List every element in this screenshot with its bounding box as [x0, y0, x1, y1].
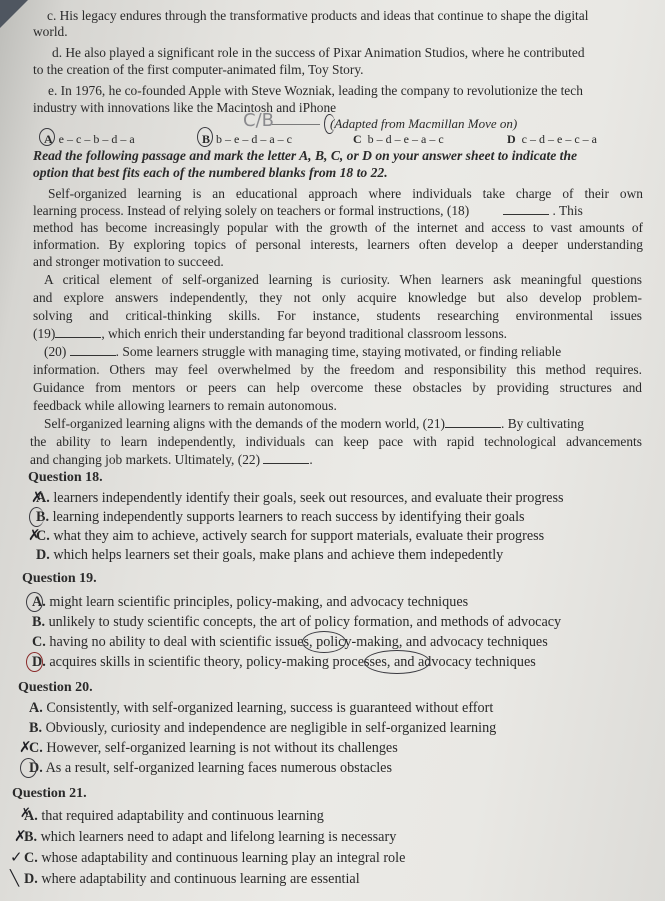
- q19-option-a-text: might learn scientific principles, polic…: [49, 594, 468, 610]
- q20-option-a-text: Consistently, with self-organized learni…: [46, 700, 493, 716]
- order-option-d-letter: D: [507, 132, 516, 146]
- check-mark-q21-c: ✓: [10, 848, 23, 866]
- blank-21[interactable]: [445, 417, 501, 428]
- q21-option-d-text: where adaptability and continuous learni…: [41, 871, 359, 887]
- passage-p3-line-3: Guidance from mentors or peers can help …: [33, 380, 642, 396]
- pencil-circle-mark: [324, 114, 335, 134]
- question-18-title: Question 18.: [28, 470, 103, 486]
- q19-option-d[interactable]: D. acquires skills in scientific theory,…: [32, 654, 536, 670]
- q21-option-b[interactable]: B. which learners need to adapt and life…: [24, 829, 396, 845]
- q20-option-c-text: However, self-organized learning is not …: [46, 740, 397, 756]
- question-20-title: Question 20.: [18, 680, 93, 696]
- passage-p1-line-5: and stronger motivation to succeed.: [33, 254, 224, 270]
- q20-option-b-letter: B.: [29, 720, 42, 736]
- exam-page: c. His legacy endures through the transf…: [0, 0, 665, 901]
- q18-option-d-letter: D.: [36, 547, 50, 563]
- passage-p4-end: .: [309, 452, 312, 467]
- order-option-d[interactable]: Dc – d – e – c – a: [507, 131, 597, 147]
- passage-p1-line-2: learning process. Instead of relying sol…: [33, 203, 643, 219]
- circle-mark-q20-d: [20, 758, 37, 778]
- passage-p4-line-2: the ability to learn independently, indi…: [30, 434, 642, 450]
- q21-option-a-text: that required adaptability and continuou…: [41, 808, 323, 824]
- q20-option-d[interactable]: D. As a result, self-organized learning …: [29, 760, 392, 776]
- q19-option-d-text: acquires skills in scientific theory, po…: [49, 654, 535, 670]
- question-21-title: Question 21.: [12, 786, 87, 802]
- order-option-a[interactable]: Ae – c – b – d – a: [44, 131, 135, 147]
- circle-mark-processes: [364, 650, 430, 674]
- blank-18[interactable]: [503, 204, 549, 215]
- q21-option-c-text: whose adaptability and continuous learni…: [41, 850, 405, 866]
- q20-option-c[interactable]: C. However, self-organized learning is n…: [29, 740, 398, 756]
- order-option-a-text: e – c – b – d – a: [59, 132, 135, 146]
- order-option-b[interactable]: Bb – e – d – a – c: [202, 131, 292, 147]
- passage-p1-line-3: method has become increasingly popular w…: [33, 220, 643, 236]
- q21-option-c-letter: C.: [24, 850, 38, 866]
- q18-option-d-text: which helps learners set their goals, ma…: [53, 547, 503, 563]
- cross-mark-q18-a: ✗: [31, 488, 44, 506]
- passage-p3-text: . Some learners struggle with managing t…: [116, 344, 562, 359]
- passage-p3-line-1: (20) . Some learners struggle with manag…: [44, 344, 642, 360]
- passage-p1-text-after: . This: [553, 203, 583, 218]
- q20-option-b[interactable]: B. Obviously, curiosity and independence…: [29, 720, 496, 736]
- q21-option-d-letter: D.: [24, 871, 38, 887]
- q20-option-a-letter: A.: [29, 700, 43, 716]
- instructions-line-2: option that best fits each of the number…: [33, 165, 388, 181]
- sentence-e-cont: industry with innovations like the Macin…: [33, 100, 336, 116]
- circle-mark-issues: [302, 631, 346, 653]
- blank-19[interactable]: [55, 327, 101, 338]
- blank-20-label: (20): [44, 344, 66, 359]
- q19-option-b-letter: B.: [32, 614, 45, 630]
- cross-mark-q18-c: ✗: [28, 526, 41, 544]
- q18-option-d[interactable]: D. which helps learners set their goals,…: [36, 547, 503, 563]
- check-mark-q21-d: ╲: [10, 869, 19, 887]
- blank-22[interactable]: [263, 453, 309, 464]
- order-option-c[interactable]: Cb – d – e – a – c: [353, 131, 444, 147]
- passage-p2-line-4: (19), which enrich their understanding f…: [33, 326, 507, 342]
- q19-option-c-letter: C.: [32, 634, 46, 650]
- order-option-c-letter: C: [353, 132, 362, 146]
- cross-mark-q20-c: ✗: [19, 738, 32, 756]
- q18-option-b-text: learning independently supports learners…: [53, 509, 525, 525]
- circle-mark-q18-b: [29, 507, 44, 527]
- circle-mark-a: [39, 128, 55, 146]
- passage-p2-line-2: and explore answers independently, they …: [33, 290, 642, 306]
- passage-p3-line-2: information. Others may feel overwhelmed…: [33, 362, 642, 378]
- order-option-b-text: b – e – d – a – c: [216, 132, 292, 146]
- instructions-line-1: Read the following passage and mark the …: [33, 148, 577, 164]
- q21-option-a[interactable]: A. that required adaptability and contin…: [24, 808, 324, 824]
- q21-option-d[interactable]: D. where adaptability and continuous lea…: [24, 871, 360, 887]
- pencil-note: C/B: [243, 110, 274, 131]
- q18-option-a-text: learners independently identify their go…: [53, 490, 563, 506]
- passage-p2-line-1: A critical element of self-organized lea…: [44, 272, 642, 288]
- q19-option-a[interactable]: A. might learn scientific principles, po…: [32, 594, 468, 610]
- blank-20[interactable]: [70, 345, 116, 356]
- sentence-d: d. He also played a significant role in …: [52, 45, 585, 61]
- order-option-d-text: c – d – e – c – a: [522, 132, 597, 146]
- circle-mark-q19-a: [26, 592, 43, 612]
- order-option-c-text: b – d – e – a – c: [368, 132, 444, 146]
- sentence-c: c. His legacy endures through the transf…: [47, 8, 632, 24]
- cross-mark-q21-b: ✗: [14, 827, 27, 845]
- passage-p4-line-1: Self-organized learning aligns with the …: [44, 416, 642, 432]
- q21-option-c[interactable]: C. whose adaptability and continuous lea…: [24, 850, 405, 866]
- blank-19-label: (19): [33, 326, 55, 341]
- passage-p1-line-1: Self-organized learning is an educationa…: [48, 186, 643, 202]
- passage-p4-text-2: and changing job markets. Ultimately, (2…: [30, 452, 260, 467]
- q18-option-b[interactable]: B. learning independently supports learn…: [36, 509, 525, 525]
- q20-option-b-text: Obviously, curiosity and independence ar…: [46, 720, 497, 736]
- sentence-c-cont: world.: [33, 24, 68, 40]
- circle-mark-b: [197, 127, 213, 147]
- cross-mark-q21-a: ✗: [20, 806, 31, 821]
- q19-option-b-text: unlikely to study scientific concepts, t…: [49, 614, 562, 630]
- question-19-title: Question 19.: [22, 571, 97, 587]
- passage-p2-text-after: , which enrich their understanding far b…: [101, 326, 507, 341]
- passage-p4-line-3: and changing job markets. Ultimately, (2…: [30, 452, 313, 468]
- passage-p1-line-4: information. By exploring topics of pers…: [33, 237, 643, 253]
- q19-option-c[interactable]: C. having no ability to deal with scient…: [32, 634, 548, 650]
- passage-p4-text: Self-organized learning aligns with the …: [44, 416, 445, 431]
- q18-option-c[interactable]: C. what they aim to achieve, actively se…: [36, 528, 544, 544]
- passage-p2-line-3: solving and critical-thinking skills. Fo…: [33, 308, 642, 324]
- q21-option-b-text: which learners need to adapt and lifelon…: [41, 829, 397, 845]
- passage-p1-text: learning process. Instead of relying sol…: [33, 203, 469, 218]
- q20-option-d-text: As a result, self-organized learning fac…: [46, 760, 392, 776]
- q18-option-c-text: what they aim to achieve, actively searc…: [53, 528, 544, 544]
- passage-p4-text-after: . By cultivating: [501, 416, 584, 431]
- q19-option-b[interactable]: B. unlikely to study scientific concepts…: [32, 614, 561, 630]
- source-citation: (Adapted from Macmillan Move on): [330, 116, 517, 132]
- sentence-d-cont: to the creation of the first computer-an…: [33, 62, 364, 78]
- pencil-dash: [272, 124, 320, 125]
- q19-option-c-text: having no ability to deal with scientifi…: [49, 634, 547, 650]
- q20-option-a[interactable]: A. Consistently, with self-organized lea…: [29, 700, 493, 716]
- sentence-e: e. In 1976, he co-founded Apple with Ste…: [48, 83, 583, 99]
- q18-option-a[interactable]: A. learners independently identify their…: [36, 490, 564, 506]
- passage-p3-line-4: feedback while allowing learners to rema…: [33, 398, 337, 414]
- circle-mark-q19-d: [26, 652, 43, 672]
